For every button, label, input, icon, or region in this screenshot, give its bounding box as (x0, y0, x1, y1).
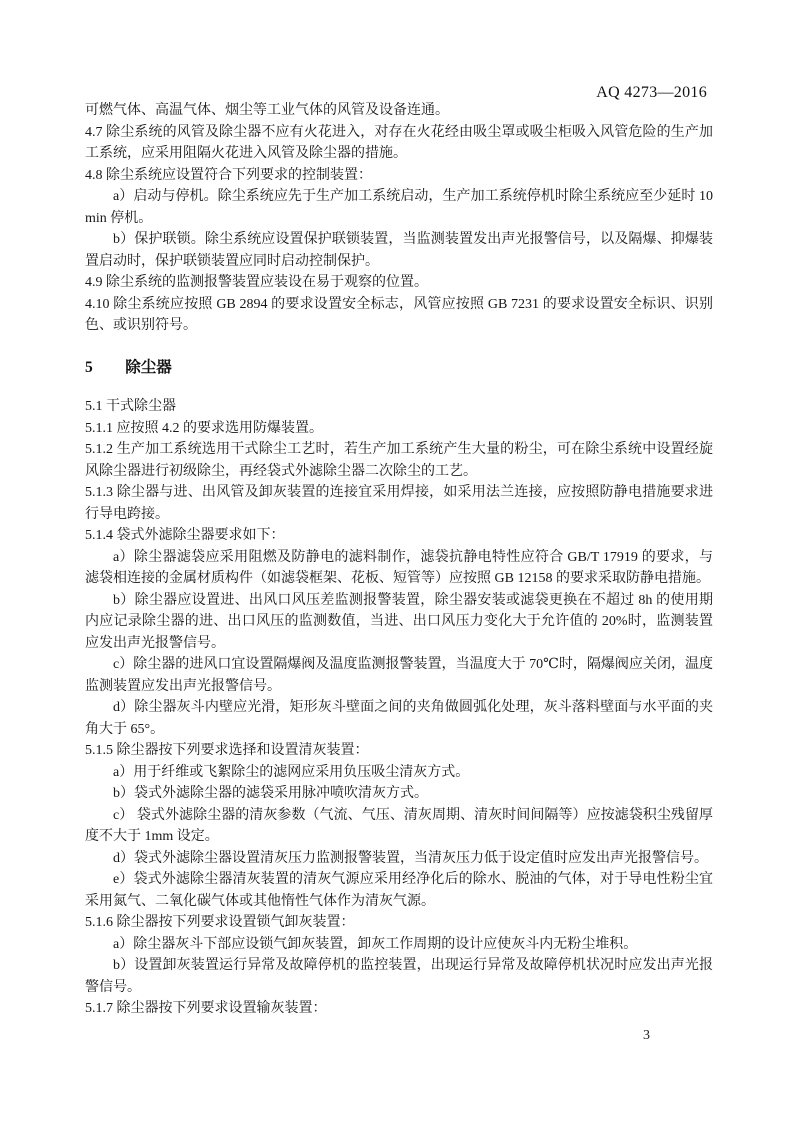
clause-paragraph: 5.1.4 袋式外滤除尘器要求如下： (85, 525, 713, 547)
clause-paragraph: 5.1.2 生产加工系统选用干式除尘工艺时，若生产加工系统产生大量的粉尘，可在除… (85, 439, 713, 482)
list-item-paragraph: b）设置卸灰装置运行异常及故障停机的监控装置，出现运行异常及故障停机状况时应发出… (85, 955, 713, 998)
clause-paragraph: 5.1.5 除尘器按下列要求选择和设置清灰装置： (85, 740, 713, 762)
section-heading: 5除尘器 (85, 357, 713, 379)
list-item-paragraph: a）用于纤维或飞絮除尘的滤网应采用负压吸尘清灰方式。 (85, 762, 713, 784)
clause-paragraph: 可燃气体、高温气体、烟尘等工业气体的风管及设备连通。 (85, 100, 713, 122)
clause-paragraph: 4.7 除尘系统的风管及除尘器不应有火花进入，对存在火花经由吸尘罩或吸尘柜吸入风… (85, 122, 713, 165)
clause-paragraph: 5.1.3 除尘器与进、出风管及卸灰装置的连接宜采用焊接，如采用法兰连接，应按照… (85, 482, 713, 525)
list-item-paragraph: a）除尘器灰斗下部应设锁气卸灰装置，卸灰工作周期的设计应使灰斗内无粉尘堆积。 (85, 934, 713, 956)
list-item-paragraph: b）袋式外滤除尘器的滤袋采用脉冲喷吹清灰方式。 (85, 783, 713, 805)
list-item-paragraph: a）启动与停机。除尘系统应先于生产加工系统启动，生产加工系统停机时除尘系统应至少… (85, 186, 713, 229)
clause-paragraph: 5.1 干式除尘器 (85, 396, 713, 418)
page-number: 3 (643, 1028, 650, 1044)
clause-paragraph: 4.9 除尘系统的监测报警装置应装设在易于观察的位置。 (85, 272, 713, 294)
clause-paragraph: 5.1.7 除尘器按下列要求设置输灰装置： (85, 998, 713, 1020)
list-item-paragraph: b）保护联锁。除尘系统应设置保护联锁装置，当监测装置发出声光报警信号，以及隔爆、… (85, 229, 713, 272)
section-title: 除尘器 (125, 359, 172, 376)
document-page: AQ 4273—2016 可燃气体、高温气体、烟尘等工业气体的风管及设备连通。4… (0, 0, 793, 1122)
list-item-paragraph: b）除尘器应设置进、出风口风压差监测报警装置，除尘器安装或滤袋更换在不超过 8h… (85, 590, 713, 655)
list-item-paragraph: c） 袋式外滤除尘器的清灰参数（气流、气压、清灰周期、清灰时间间隔等）应按滤袋积… (85, 805, 713, 848)
clause-paragraph: 4.10 除尘系统应按照 GB 2894 的要求设置安全标志，风管应按照 GB … (85, 294, 713, 337)
section-number: 5 (85, 359, 93, 376)
clause-paragraph: 4.8 除尘系统应设置符合下列要求的控制装置： (85, 165, 713, 187)
list-item-paragraph: d）袋式外滤除尘器设置清灰压力监测报警装置，当清灰压力低于设定值时应发出声光报警… (85, 848, 713, 870)
list-item-paragraph: c）除尘器的进风口宜设置隔爆阀及温度监测报警装置，当温度大于 70℃时，隔爆阀应… (85, 654, 713, 697)
list-item-paragraph: d）除尘器灰斗内壁应光滑，矩形灰斗壁面之间的夹角做圆弧化处理，灰斗落料壁面与水平… (85, 697, 713, 740)
document-body: 可燃气体、高温气体、烟尘等工业气体的风管及设备连通。4.7 除尘系统的风管及除尘… (85, 100, 713, 1020)
clause-paragraph: 5.1.1 应按照 4.2 的要求选用防爆装置。 (85, 418, 713, 440)
list-item-paragraph: a）除尘器滤袋应采用阻燃及防静电的滤料制作，滤袋抗静电特性应符合 GB/T 17… (85, 547, 713, 590)
list-item-paragraph: e）袋式外滤除尘器清灰装置的清灰气源应采用经净化后的除水、脱油的气体，对于导电性… (85, 869, 713, 912)
clause-paragraph: 5.1.6 除尘器按下列要求设置锁气卸灰装置： (85, 912, 713, 934)
